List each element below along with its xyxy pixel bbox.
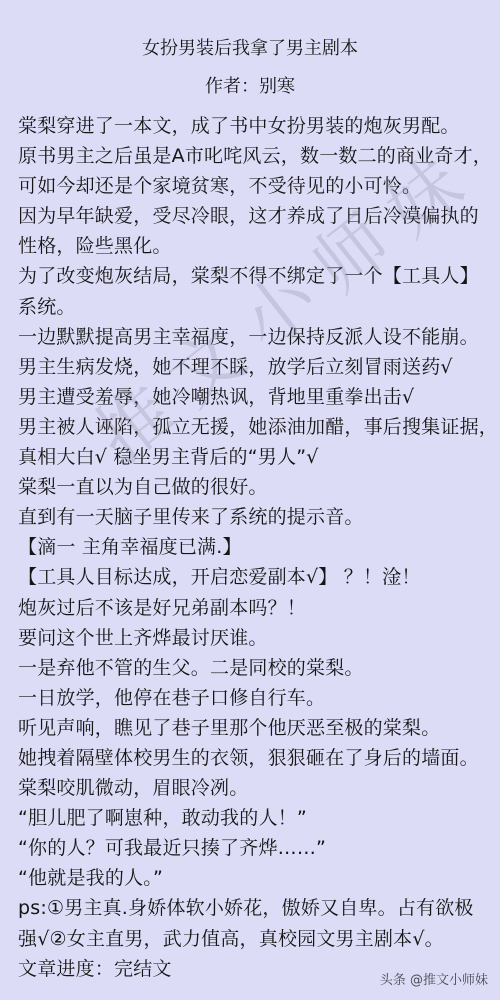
synopsis-line: “你的人？可我最近只揍了齐烨……”	[18, 833, 496, 863]
synopsis-line: 真相大白√ 稳坐男主背后的“男人”√	[18, 442, 496, 472]
synopsis-line: 为了改变炮灰结局，棠梨不得不绑定了一个【工具人】	[18, 261, 496, 291]
book-title: 女扮男装后我拿了男主剧本	[0, 36, 500, 62]
source-attribution: 头条 @推文小师妹	[380, 969, 488, 988]
synopsis-line: 要问这个世上齐烨最讨厌谁。	[18, 623, 496, 653]
synopsis-line: 一是弃他不管的生父。二是同校的棠梨。	[18, 653, 496, 683]
synopsis-body: 棠梨穿进了一本文，成了书中女扮男装的炮灰男配。 原书男主之后虽是A市叱咤风云，数…	[18, 111, 496, 984]
synopsis-line: 一日放学，他停在巷子口修自行车。	[18, 683, 496, 713]
synopsis-line: 系统。	[18, 292, 496, 322]
ps-note-line: ps:①男主真.身娇体软小娇花，傲娇又自卑。占有欲极	[18, 893, 496, 923]
synopsis-line: 原书男主之后虽是A市叱咤风云，数一数二的商业奇才，	[18, 141, 496, 171]
synopsis-line: 棠梨咬肌微动，眉眼冷冽。	[18, 773, 496, 803]
synopsis-line: 听见声响，瞧见了巷子里那个他厌恶至极的棠梨。	[18, 713, 496, 743]
synopsis-line: 炮灰过后不该是好兄弟副本吗？！	[18, 593, 496, 623]
synopsis-line: 可如今却还是个家境贫寒，不受待见的小可怜。	[18, 171, 496, 201]
synopsis-line: 棠梨穿进了一本文，成了书中女扮男装的炮灰男配。	[18, 111, 496, 141]
synopsis-line: 【滴一 主角幸福度已满.】	[18, 532, 496, 562]
book-author: 作者：别寒	[0, 74, 500, 100]
synopsis-line: 直到有一天脑子里传来了系统的提示音。	[18, 502, 496, 532]
synopsis-line: 【工具人目标达成，开启恋爱副本√】 ？！淦！	[18, 562, 496, 592]
synopsis-line: 她拽着隔壁体校男生的衣领，狠狠砸在了身后的墙面。	[18, 743, 496, 773]
synopsis-line: 棠梨一直以为自己做的很好。	[18, 472, 496, 502]
synopsis-line: “胆儿肥了啊崽种，敢动我的人！”	[18, 803, 496, 833]
synopsis-line: 男主生病发烧，她不理不睬，放学后立刻冒雨送药√	[18, 352, 496, 382]
ps-note-line: 强√②女主直男，武力值高，真校园文男主剧本√。	[18, 924, 496, 954]
synopsis-line: 因为早年缺爱，受尽冷眼，这才养成了日后冷漠偏执的	[18, 201, 496, 231]
synopsis-line: 一边默默提高男主幸福度，一边保持反派人设不能崩。	[18, 322, 496, 352]
synopsis-line: 男主被人诬陷，孤立无援，她添油加醋，事后搜集证据，	[18, 412, 496, 442]
synopsis-line: “他就是我的人。”	[18, 863, 496, 893]
synopsis-line: 性格，险些黑化。	[18, 231, 496, 261]
synopsis-line: 男主遭受羞辱，她冷嘲热讽，背地里重拳出击√	[18, 382, 496, 412]
